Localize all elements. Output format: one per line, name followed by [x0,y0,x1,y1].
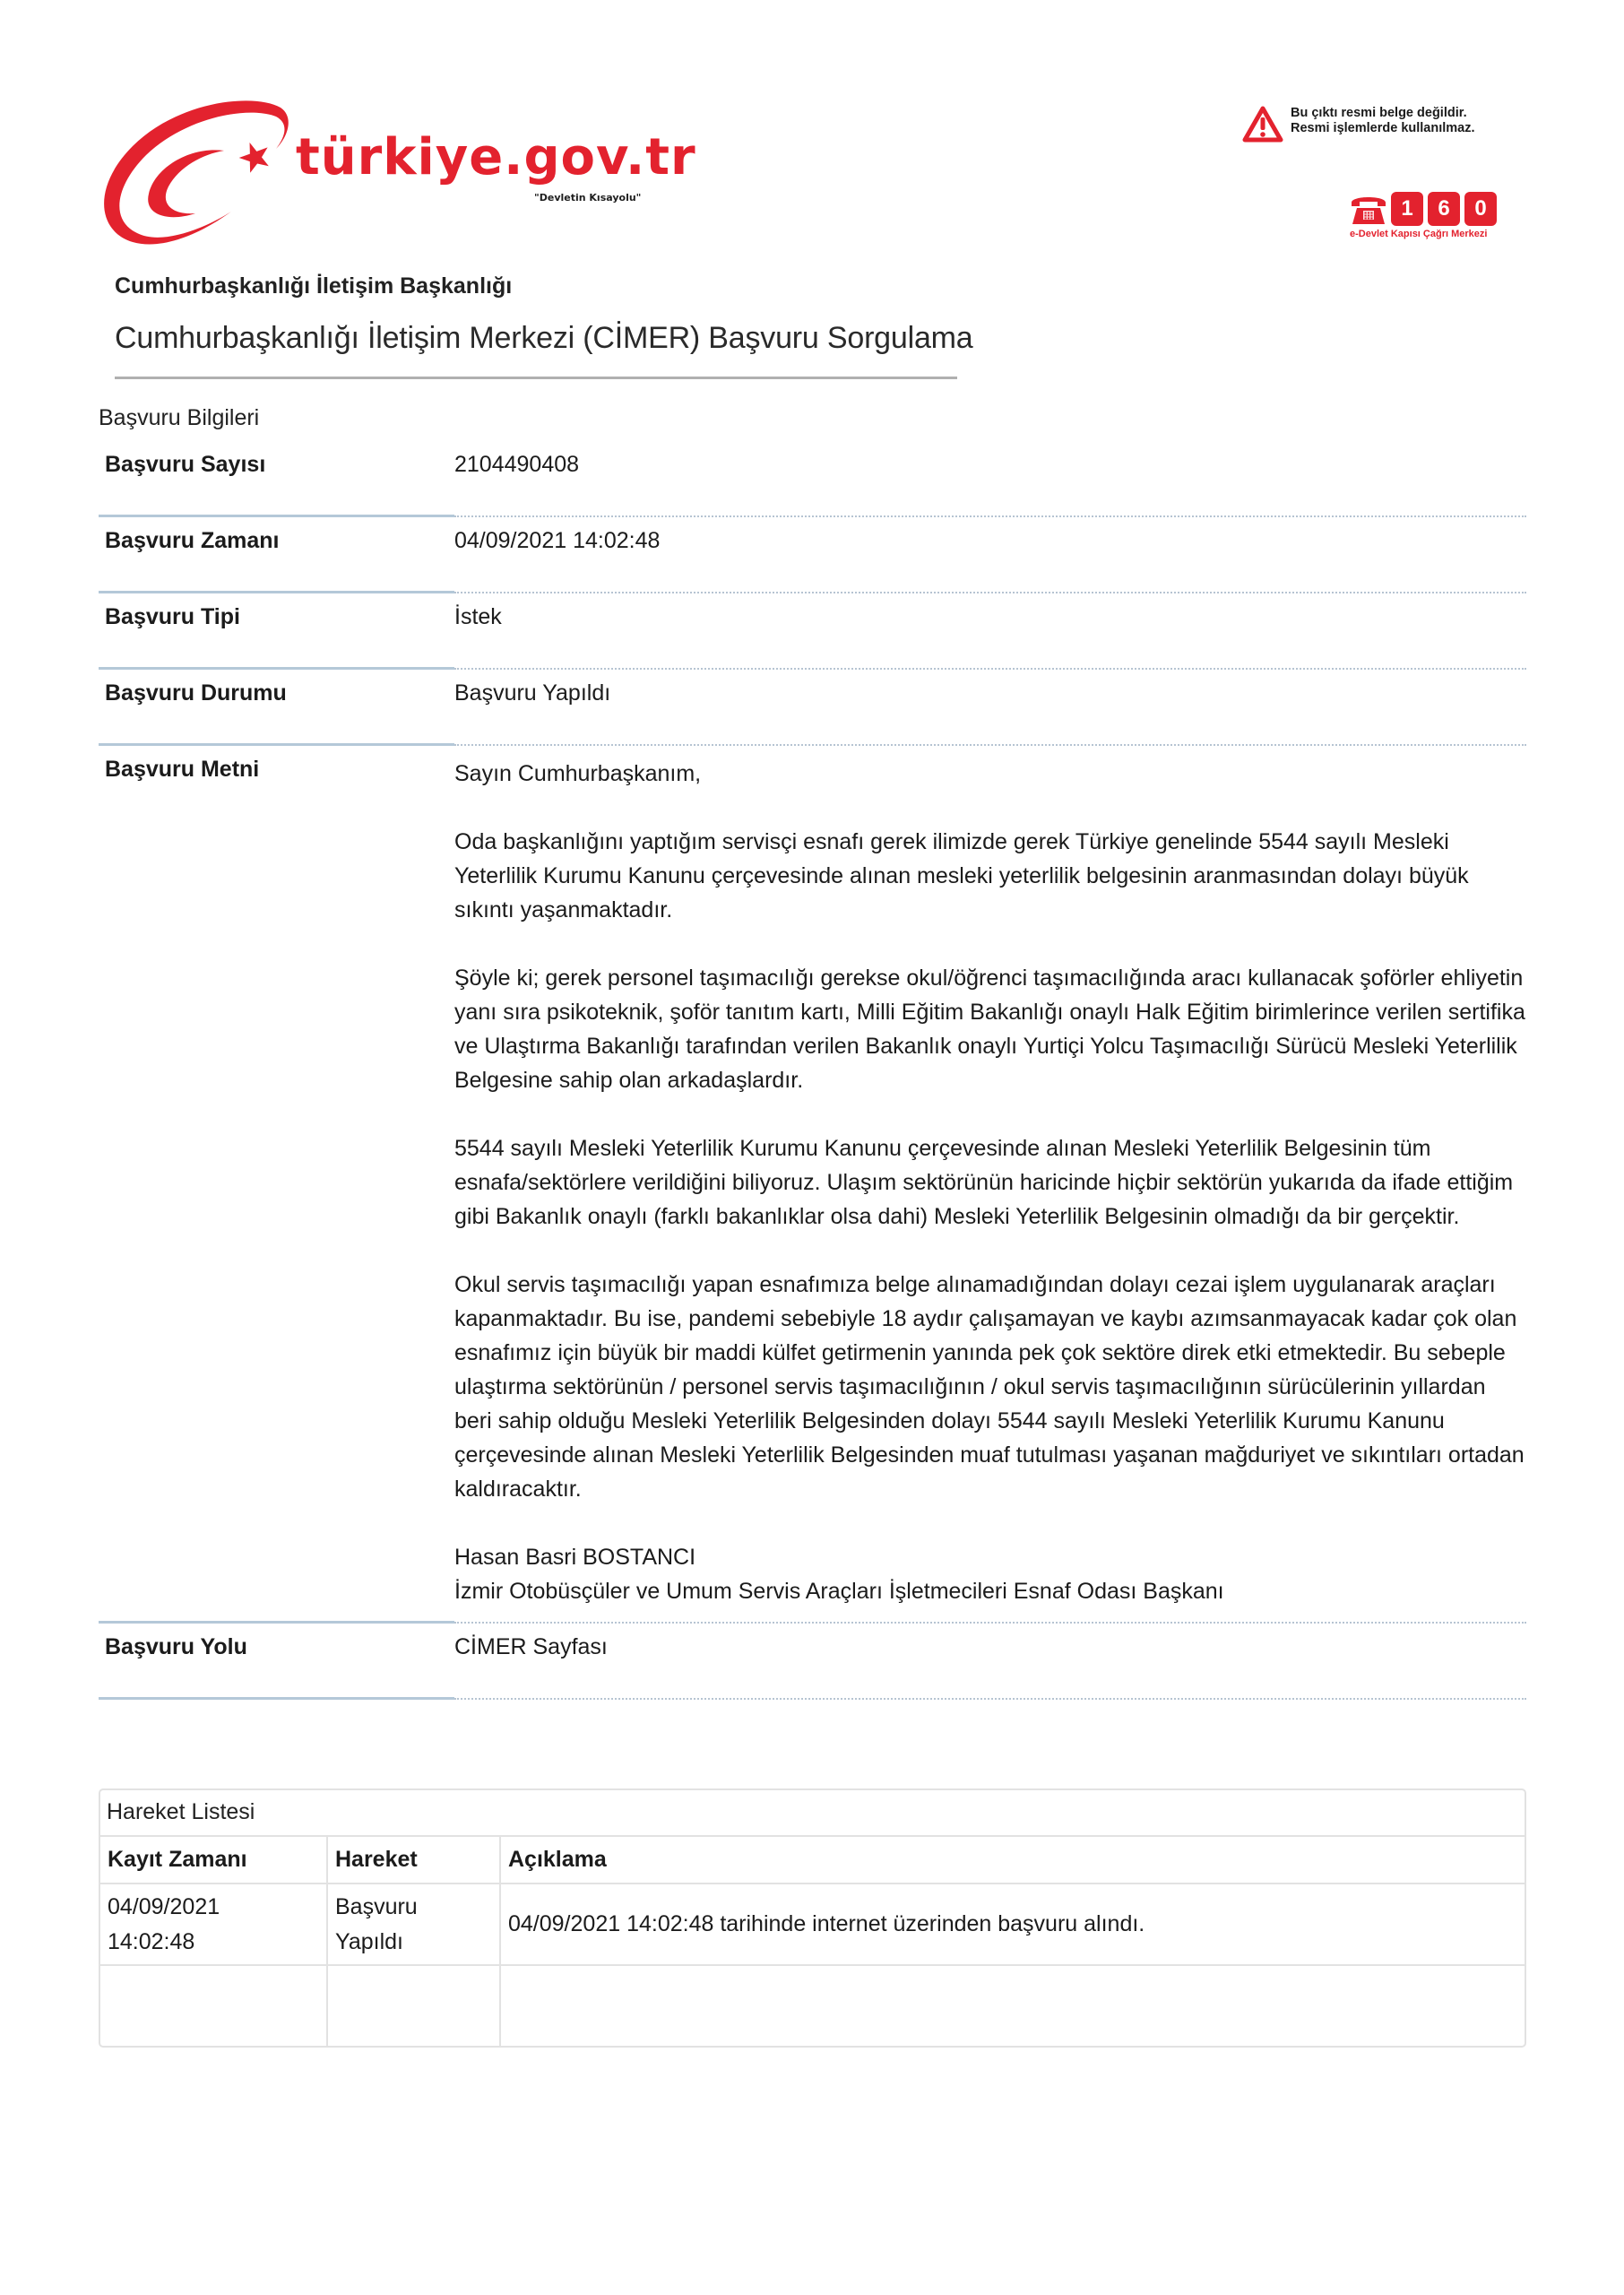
title-divider [115,377,957,379]
unofficial-document-warning: Bu çıktı resmi belge değildir. Resmi işl… [1242,106,1475,143]
field-label: Başvuru Zamanı [99,528,454,591]
letter-signature: Hasan Basri BOSTANCI İzmir Otobüsçüler v… [454,1540,1526,1608]
field-label: Başvuru Tipi [99,604,454,667]
telephone-icon [1350,192,1387,226]
application-number: 2104490408 [454,452,1526,515]
field-row-application-text: Başvuru Metni Sayın Cumhurbaşkanım, Oda … [99,746,1526,1621]
application-info-list: Başvuru Sayısı 2104490408 Başvuru Zamanı… [99,441,1526,1700]
warning-line-1: Bu çıktı resmi belge değildir. [1291,106,1475,121]
cell-record-time: 04/09/2021 14:02:48 [100,1884,327,1965]
cell-empty [500,1965,1525,2046]
field-label: Başvuru Metni [99,757,454,1608]
application-status: Başvuru Yapıldı [454,680,1526,743]
warning-line-2: Resmi işlemlerde kullanılmaz. [1291,121,1475,136]
application-type: İstek [454,604,1526,667]
letter-paragraph: Şöyle ki; gerek personel taşımacılığı ge… [454,961,1526,1097]
table-row: 04/09/2021 14:02:48 Başvuru Yapıldı 04/0… [100,1884,1525,1965]
warning-triangle-icon [1242,106,1283,143]
signature-name: Hasan Basri BOSTANCI [454,1545,695,1570]
field-row-application-status: Başvuru Durumu Başvuru Yapıldı [99,670,1526,743]
column-header-action: Hareket [327,1837,500,1884]
history-title: Hareket Listesi [100,1790,1525,1837]
turkiye-gov-tr-logo: türkiye.gov.tr "Devletin Kısayolu" [97,97,742,249]
application-time: 04/09/2021 14:02:48 [454,528,1526,591]
history-panel: Hareket Listesi Kayıt Zamanı Hareket Açı… [99,1788,1526,2048]
call-center-digit-2: 6 [1428,192,1460,226]
logo-slogan: "Devletin Kısayolu" [534,192,641,204]
field-row-application-type: Başvuru Tipi İstek [99,593,1526,667]
letter-paragraph: Oda başkanlığını yaptığım servisçi esnaf… [454,825,1526,927]
page-title: Cumhurbaşkanlığı İletişim Merkezi (CİMER… [115,321,973,356]
application-channel: CİMER Sayfası [454,1634,1526,1697]
field-row-application-channel: Başvuru Yolu CİMER Sayfası [99,1624,1526,1697]
letter-greeting: Sayın Cumhurbaşkanım, [454,757,1526,791]
application-text: Sayın Cumhurbaşkanım, Oda başkanlığını y… [454,757,1526,1608]
call-center-label: e-Devlet Kapısı Çağrı Merkezi [1350,229,1529,239]
cell-action: Başvuru Yapıldı [327,1884,500,1965]
call-center-digit-3: 0 [1464,192,1497,226]
section-title-application-info: Başvuru Bilgileri [99,405,259,431]
logo-wordmark: türkiye.gov.tr [296,133,696,183]
field-label: Başvuru Durumu [99,680,454,743]
call-center-badge: 1 6 0 e-Devlet Kapısı Çağrı Merkezi [1350,192,1529,239]
record-clock: 14:02:48 [108,1929,194,1954]
action-line-1: Başvuru [335,1894,418,1919]
crescent-star-logo-icon [97,97,294,249]
field-row-application-time: Başvuru Zamanı 04/09/2021 14:02:48 [99,517,1526,591]
cell-description: 04/09/2021 14:02:48 tarihinde internet ü… [500,1884,1525,1965]
history-table: Kayıt Zamanı Hareket Açıklama 04/09/2021… [100,1837,1525,2046]
letter-paragraph: 5544 sayılı Mesleki Yeterlilik Kurumu Ka… [454,1131,1526,1234]
action-line-2: Yapıldı [335,1929,403,1954]
signature-title: İzmir Otobüsçüler ve Umum Servis Araçlar… [454,1579,1224,1604]
row-divider [99,1697,1526,1700]
cell-empty [327,1965,500,2046]
letter-paragraph: Okul servis taşımacılığı yapan esnafımız… [454,1268,1526,1506]
table-header-row: Kayıt Zamanı Hareket Açıklama [100,1837,1525,1884]
record-date: 04/09/2021 [108,1894,220,1919]
field-label: Başvuru Yolu [99,1634,454,1697]
organization-name: Cumhurbaşkanlığı İletişim Başkanlığı [115,273,512,299]
field-row-application-number: Başvuru Sayısı 2104490408 [99,441,1526,515]
cell-empty [100,1965,327,2046]
call-center-digit-1: 1 [1391,192,1423,226]
table-row-empty [100,1965,1525,2046]
column-header-description: Açıklama [500,1837,1525,1884]
field-label: Başvuru Sayısı [99,452,454,515]
column-header-record-time: Kayıt Zamanı [100,1837,327,1884]
